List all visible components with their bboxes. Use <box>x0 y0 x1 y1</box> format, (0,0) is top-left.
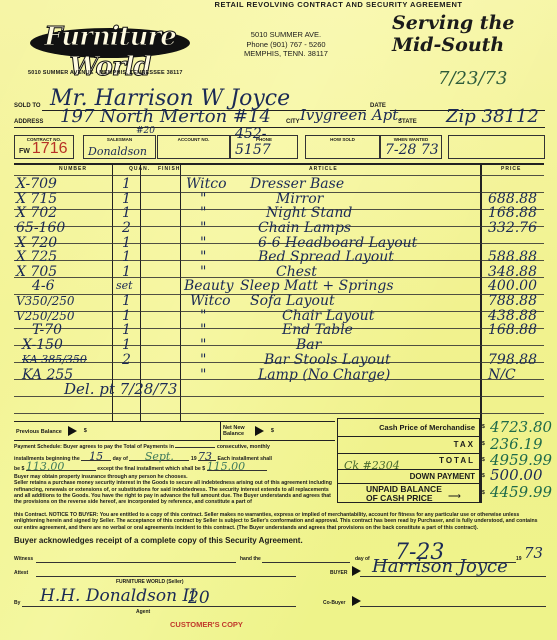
attest-label: Attest <box>14 570 28 576</box>
currency-symbol: $ <box>482 424 485 430</box>
address-line-3: MEMPHIS, TENN. 38117 <box>244 49 328 59</box>
item-price: 798.88 <box>488 353 537 367</box>
total-label: TOTAL <box>439 456 475 465</box>
item-maker: " <box>200 192 206 206</box>
start-month-field[interactable]: Sept. <box>129 454 189 461</box>
item-price: 168.88 <box>488 323 537 337</box>
contract-no-box: CONTRACT NO. FW1716 <box>14 135 74 159</box>
table-row: T-70 1 " End Table 168.88 <box>14 323 544 337</box>
arrow-right-icon <box>352 596 361 606</box>
furniture-world-logo: Furniture World <box>30 20 190 64</box>
currency-symbol: $ <box>482 490 485 496</box>
col-price-header: PRICE <box>501 166 521 172</box>
agent-number: 20 <box>188 588 210 608</box>
down-payment-label: DOWN PAYMENT <box>410 472 475 481</box>
phone-box: PHONE 452-5157 <box>230 135 298 159</box>
day-of-label: day of <box>355 556 370 562</box>
when-wanted-field[interactable]: 7-28 73 <box>385 142 439 158</box>
item-quan: 2 <box>122 353 131 367</box>
item-maker: " <box>200 368 206 382</box>
col-number-header: NUMBER <box>59 166 87 172</box>
item-quan: 1 <box>122 236 131 250</box>
address-label: ADDRESS <box>14 119 43 125</box>
contract-number: 1716 <box>32 140 68 157</box>
currency-symbol: $ <box>482 441 485 447</box>
table-row: X 725 1 " Bed Spread Layout 588.88 <box>14 250 544 264</box>
account-no-box: ACCOUNT NO. <box>157 135 230 159</box>
item-number: X 720 <box>16 236 57 250</box>
cash-price-label: Cash Price of Merchandise <box>379 423 475 432</box>
table-row: 4-6 set Beauty Sleep Matt + Springs 400.… <box>14 279 544 293</box>
item-maker: Witco <box>190 294 231 308</box>
item-price: 588.88 <box>488 250 537 264</box>
table-row: X 720 1 " 6-6 Headboard Layout <box>14 236 544 250</box>
witness-line[interactable] <box>36 562 236 563</box>
buyer-signature: Harrison Joyce <box>372 556 508 577</box>
state-field[interactable]: Zip 38112 <box>446 106 539 127</box>
hand-label: hand the <box>240 556 261 562</box>
down-payment-value: 500.00 <box>490 466 543 484</box>
item-number: T-70 <box>32 323 62 337</box>
start-day-field[interactable]: 15 <box>81 454 111 461</box>
attest-line[interactable] <box>36 576 296 577</box>
item-maker: " <box>200 236 206 250</box>
unpaid-balance-label: UNPAID BALANCE OF CASH PRICE <box>366 485 442 503</box>
currency-symbol: $ <box>482 473 485 479</box>
witness-label: Witness <box>14 556 33 562</box>
item-number: KA 385/350 <box>22 353 87 367</box>
item-quan: 2 <box>122 221 131 235</box>
item-article: Chain Lamps <box>258 221 351 235</box>
previous-balance-row: Previous Balance $ <box>14 421 220 441</box>
item-price: N/C <box>488 368 516 382</box>
final-installment-field[interactable]: 115.00 <box>207 464 267 471</box>
schedule-text: be $ <box>14 466 24 472</box>
schedule-text: consecutive, monthly <box>217 444 270 450</box>
item-number: X-709 <box>16 177 57 191</box>
blank-box <box>448 135 545 159</box>
customers-copy-label: CUSTOMER'S COPY <box>170 620 243 629</box>
slogan-line-1: Serving the <box>392 12 514 34</box>
item-number: X-150 <box>22 338 63 352</box>
address-field[interactable]: 197 North Merton #14 <box>60 106 271 127</box>
item-maker: " <box>200 221 206 235</box>
item-number: X 725 <box>16 250 57 264</box>
table-row: V350/250 1 Witco Sofa Layout 788.88 <box>14 294 544 308</box>
payment-schedule: Payment Schedule: Buyer agrees to pay th… <box>14 444 339 505</box>
item-number: X 705 <box>16 265 57 279</box>
item-article: Chair Layout <box>282 309 374 323</box>
seller-label: FURNITURE WORLD (Seller) <box>116 579 184 585</box>
item-article: Sofa Layout <box>250 294 335 308</box>
item-quan: 1 <box>122 338 131 352</box>
slogan: Serving the Mid-South <box>392 12 514 56</box>
table-row: X-150 1 " Bar <box>14 338 544 352</box>
start-year-field[interactable]: 73 <box>198 454 216 461</box>
item-quan: 1 <box>122 192 131 206</box>
item-article: Chest <box>276 265 317 279</box>
item-maker: " <box>200 353 206 367</box>
arrow-right-icon: ⟶ <box>448 491 461 502</box>
item-number: X 715 <box>16 192 57 206</box>
tax-label: TAX <box>454 440 475 449</box>
col-finish-header: FINISH <box>158 166 180 172</box>
net-new-balance-label: Net New Balance <box>223 425 249 437</box>
item-article: Bar Stools Layout <box>264 353 391 367</box>
item-number: 65-160 <box>16 221 65 235</box>
item-quan: 1 <box>122 250 131 264</box>
item-article: Bed Spread Layout <box>258 250 394 264</box>
item-maker: " <box>200 309 206 323</box>
agent-signature-line[interactable] <box>22 606 296 607</box>
item-article: Dresser Base <box>250 177 344 191</box>
contract-prefix: FW <box>19 148 30 155</box>
totals-box: Cash Price of Merchandise TAX TOTAL DOWN… <box>337 418 480 503</box>
currency-symbol: $ <box>271 428 274 434</box>
item-price: 332.76 <box>488 221 537 235</box>
item-article: 6-6 Headboard Layout <box>258 236 417 250</box>
item-article: Mirror <box>276 192 323 206</box>
item-number: X 702 <box>16 206 57 220</box>
item-article: Night Stand <box>266 206 352 220</box>
schedule-text: 19 <box>191 456 197 462</box>
item-article: Sleep Matt + Springs <box>240 279 394 293</box>
table-row: X 702 1 " Night Stand 168.88 <box>14 206 544 220</box>
schedule-blank <box>175 447 215 448</box>
arrow-right-icon <box>352 566 361 576</box>
unpaid-balance-value: 4459.99 <box>490 483 552 501</box>
schedule-line-1: Payment Schedule: Buyer agrees to pay th… <box>14 444 339 454</box>
item-quan: 1 <box>122 323 131 337</box>
item-article: Bar <box>296 338 321 352</box>
table-row: KA 385/350 2 " Bar Stools Layout 798.88 <box>14 353 544 367</box>
item-price: 788.88 <box>488 294 537 308</box>
item-maker: " <box>200 323 206 337</box>
city-label: CITY <box>286 119 300 125</box>
year-field[interactable]: 73 <box>524 544 543 562</box>
salesman-label: SALESMAN <box>84 137 155 142</box>
agent-label: Agent <box>136 609 150 615</box>
currency-symbol: $ <box>482 457 485 463</box>
installment-amount-field[interactable]: 113.00 <box>26 464 96 471</box>
schedule-text: installments beginning the <box>14 456 80 462</box>
city-field[interactable]: Ivygreen Apt. <box>300 106 403 124</box>
account-no-label: ACCOUNT NO. <box>158 137 229 142</box>
schedule-text: except the final installment which shall… <box>97 466 205 472</box>
item-quan: 1 <box>122 294 131 308</box>
divider <box>338 436 479 437</box>
item-quan: 1 <box>122 206 131 220</box>
schedule-line-3: be $ 113.00 except the final installment… <box>14 464 339 474</box>
how-sold-label: HOW SOLD <box>306 137 379 142</box>
how-sold-box: HOW SOLD <box>305 135 380 159</box>
item-maker: " <box>200 250 206 264</box>
table-row: 65-160 2 " Chain Lamps 332.76 <box>14 221 544 235</box>
cash-price-value: 4723.80 <box>490 418 552 436</box>
item-number: V350/250 <box>16 294 75 308</box>
item-price: 688.88 <box>488 192 537 206</box>
arrow-right-icon <box>68 426 77 436</box>
item-quan: set <box>116 279 133 293</box>
item-number: 4-6 <box>32 279 55 293</box>
security-interest-text: Seller retains a purchase money security… <box>14 480 339 505</box>
item-price: 348.88 <box>488 265 537 279</box>
salesman-box: SALESMAN Donaldson #20 <box>83 135 156 159</box>
row-divider <box>14 413 544 414</box>
table-row: X 705 1 " Chest 348.88 <box>14 265 544 279</box>
item-article: Lamp (No Charge) <box>258 368 390 382</box>
buyer-label: BUYER <box>330 570 348 576</box>
slogan-line-2: Mid-South <box>392 34 514 56</box>
item-quan: 1 <box>122 177 131 191</box>
currency-symbol: $ <box>84 428 87 434</box>
salesman-field[interactable]: Donaldson <box>88 145 147 158</box>
phone-field[interactable]: 452-5157 <box>235 126 297 158</box>
notice-to-buyer-text: this Contract. NOTICE TO BUYER: You are … <box>14 512 544 531</box>
net-new-balance-row: Net New Balance $ <box>220 421 335 441</box>
form-title: RETAIL REVOLVING CONTRACT AND SECURITY A… <box>0 0 557 9</box>
schedule-text: Each installment shall <box>218 456 273 462</box>
schedule-line-2: installments beginning the 15 day of Sep… <box>14 454 339 464</box>
by-label: By <box>14 600 20 606</box>
items-table: NUMBER QUAN. FINISH ARTICLE PRICE X-709 … <box>14 163 544 421</box>
item-maker: " <box>200 206 206 220</box>
acknowledgement-text: Buyer acknowledges receipt of a complete… <box>14 536 303 545</box>
address-phone: Phone (901) 767 - 5260 <box>244 40 328 50</box>
col-article-header: ARTICLE <box>309 166 338 172</box>
previous-balance-label: Previous Balance <box>16 429 62 435</box>
handwritten-date: 7/23/73 <box>438 68 507 89</box>
schedule-text: day of <box>113 456 128 462</box>
delivery-note: Del. pt 7/28/73 <box>64 382 177 396</box>
hand-line[interactable] <box>262 562 350 563</box>
item-maker: " <box>200 265 206 279</box>
state-label: STATE <box>398 119 417 125</box>
divider <box>338 453 479 454</box>
table-row: X 715 1 " Mirror 688.88 <box>14 192 544 206</box>
address-line-1: 5010 SUMMER AVE. <box>244 30 328 40</box>
contract-no-value: FW1716 <box>19 140 67 158</box>
table-row: V250/250 1 " Chair Layout 438.88 <box>14 309 544 323</box>
item-article: End Table <box>282 323 353 337</box>
when-wanted-box: WHEN WANTED 7-28 73 <box>380 135 442 159</box>
cobuyer-label: Co-Buyer <box>323 600 346 606</box>
store-address-line: 5010 SUMMER AVENUE • MEMPHIS, TENNESSEE … <box>28 70 183 76</box>
sold-to-label: SOLD TO <box>14 103 41 109</box>
agent-signature: H.H. Donaldson II <box>40 586 196 606</box>
arrow-right-icon <box>255 426 264 436</box>
item-quan: 1 <box>122 265 131 279</box>
item-price: 168.88 <box>488 206 537 220</box>
table-row: X-709 1 Witco Dresser Base <box>14 177 544 191</box>
year-prefix: 19 <box>516 556 522 562</box>
item-quan: 1 <box>122 309 131 323</box>
unpaid-label-line-2: OF CASH PRICE <box>366 494 442 503</box>
check-number-note: Ck #2304 <box>344 459 400 472</box>
item-maker: Beauty <box>184 279 233 293</box>
salesman-number: #20 <box>136 126 155 136</box>
store-address-block: 5010 SUMMER AVE. Phone (901) 767 - 5260 … <box>244 30 328 59</box>
item-price: 400.00 <box>488 279 537 293</box>
item-maker: " <box>200 338 206 352</box>
item-price: 438.88 <box>488 309 537 323</box>
item-number: V250/250 <box>16 309 75 323</box>
item-maker: Witco <box>186 177 227 191</box>
cobuyer-signature-line[interactable] <box>360 606 546 607</box>
